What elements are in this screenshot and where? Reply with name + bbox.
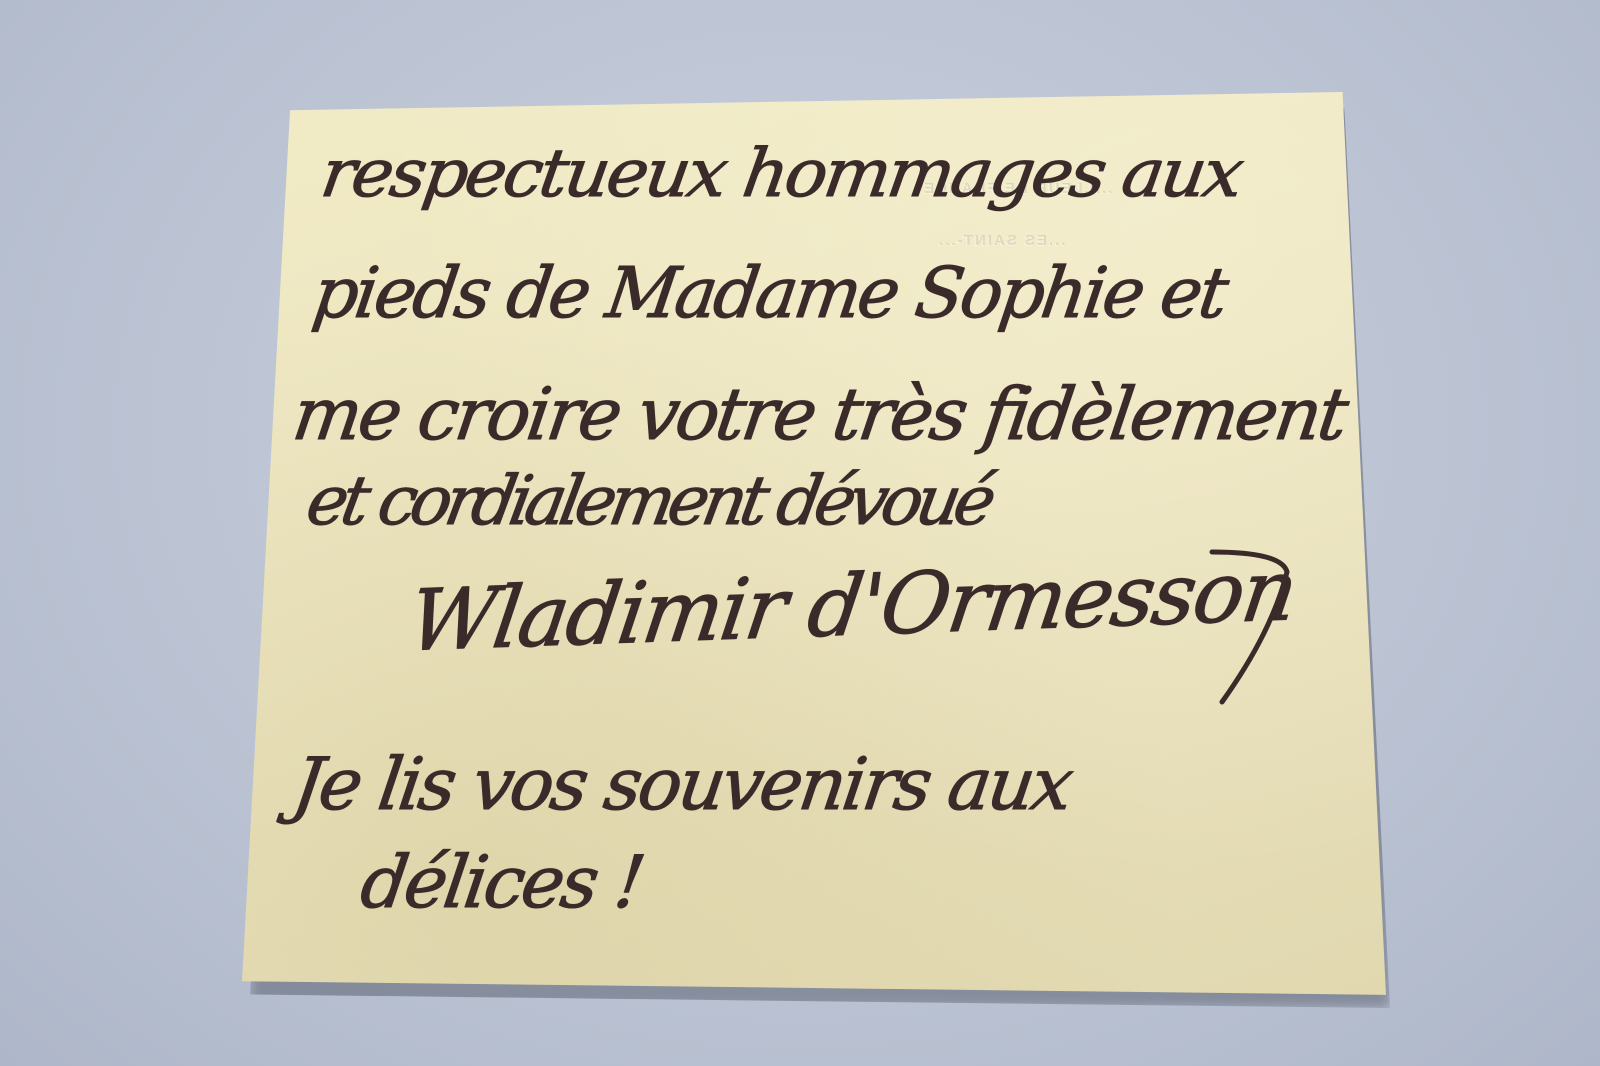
postscript-line-1: Je lis vos souvenirs aux: [288, 742, 1075, 826]
photo-scene: ...LLEUR DE FRANCE ...ES SAINT-... respe…: [0, 0, 1600, 1066]
embossed-letterhead-line-2: ...ES SAINT-...: [937, 232, 1065, 249]
signature-flourish-icon: [1192, 532, 1312, 712]
signature: Wladimir d'Ormesson: [403, 541, 1302, 670]
body-line-3: me croire votre très fidèlement: [288, 372, 1350, 456]
body-line-1: respectueux hommages aux: [316, 134, 1246, 212]
body-line-4: et cordialement dévoué: [301, 462, 996, 541]
body-line-2: pieds de Madame Sophie et: [308, 252, 1230, 334]
note-card: ...LLEUR DE FRANCE ...ES SAINT-... respe…: [242, 92, 1386, 1004]
postscript-line-2: délices !: [356, 840, 647, 924]
